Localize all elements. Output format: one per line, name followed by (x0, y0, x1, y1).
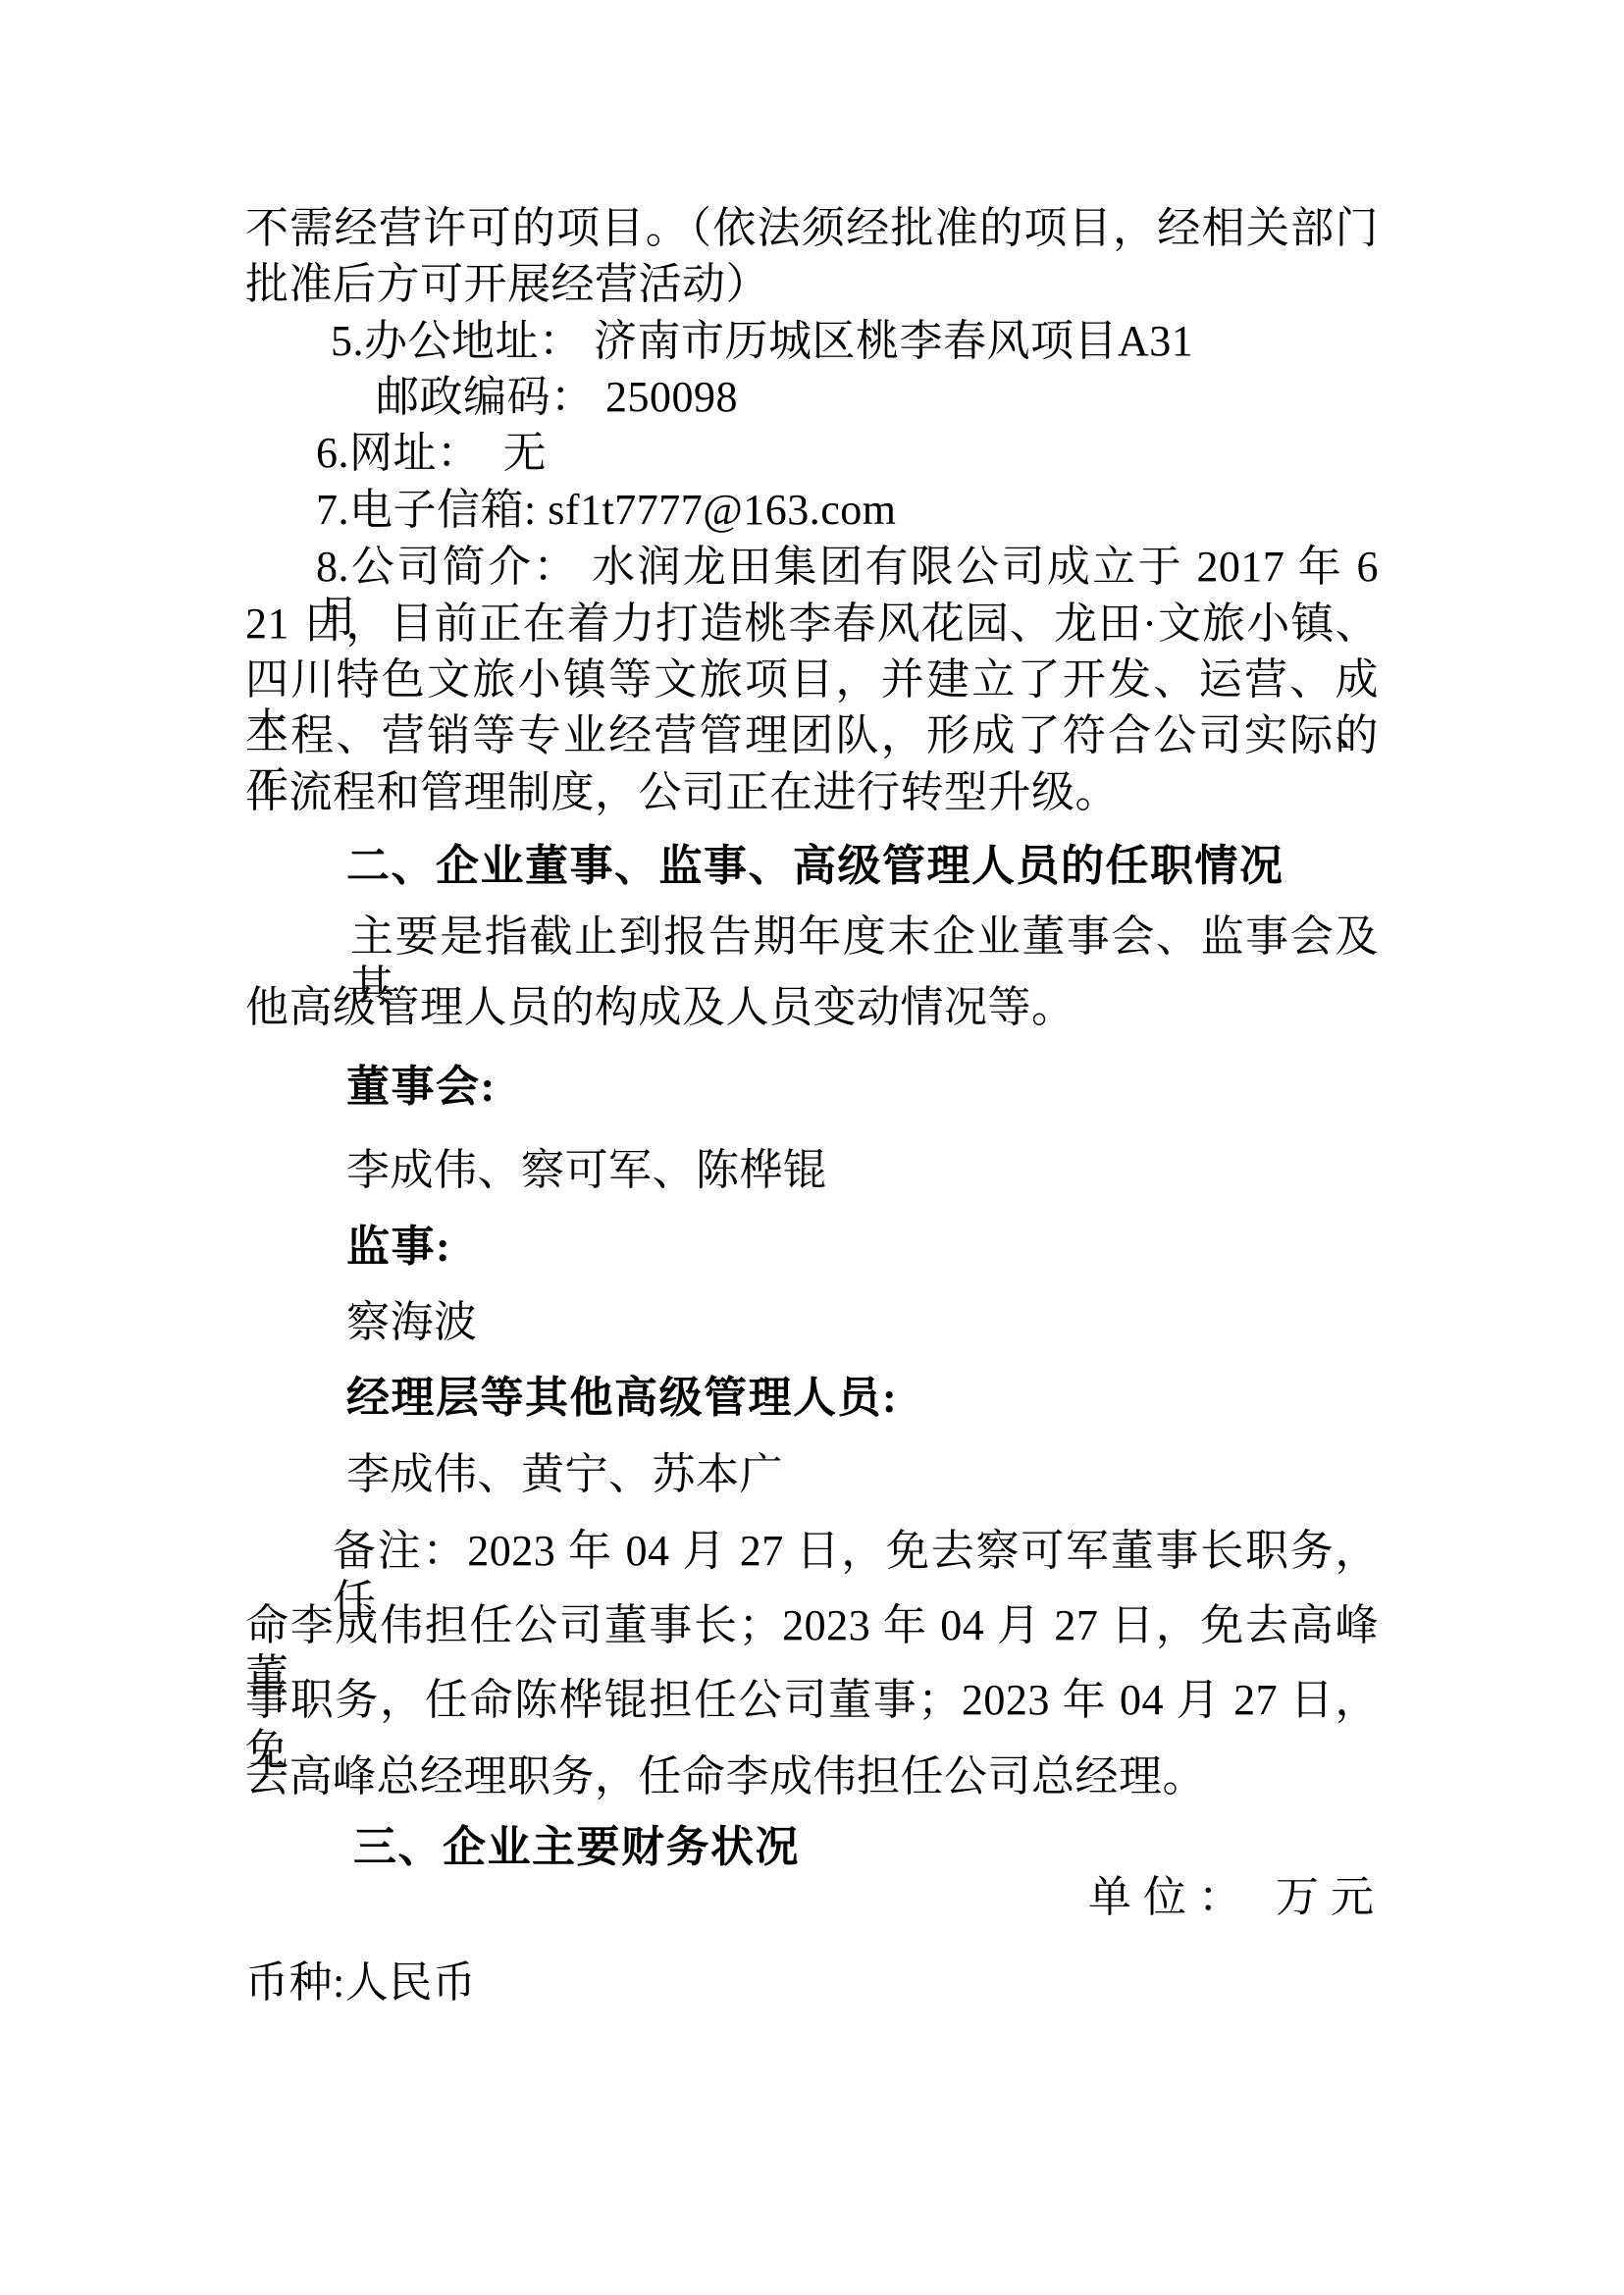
document-page: 不需经营许可的项目。（依法须经批准的项目，经相关部门 批准后方可开展经营活动） … (0, 0, 1624, 2295)
section-2-heading: 二、企业董事、监事、高级管理人员的任职情况 (346, 842, 1284, 892)
company-profile-line-2: 21 日，目前正在着力打造桃李春风花园、龙田·文旅小镇、 (245, 600, 1379, 650)
email-line: 7.电子信箱: sf1t7777@163.com (316, 486, 897, 536)
currency-label: 币种:人民币 (245, 1958, 476, 2008)
website-line: 6.网址： 无 (316, 429, 547, 479)
supervisor-label: 监事: (346, 1223, 451, 1273)
postal-code-line: 邮政编码： 250098 (376, 373, 738, 423)
managers-label: 经理层等其他高级管理人员: (346, 1374, 898, 1424)
company-profile-line-5: 作流程和管理制度，公司正在进行转型升级。 (245, 768, 1119, 818)
intro-line-2: 批准后方可开展经营活动） (245, 260, 769, 310)
board-members: 李成伟、察可军、陈桦锟 (346, 1146, 827, 1196)
note-line-4: 去高峰总经理职务，任命李成伟担任公司总经理。 (245, 1752, 1206, 1802)
section-3-heading: 三、企业主要财务状况 (353, 1823, 800, 1873)
supervisor-members: 察海波 (346, 1298, 478, 1348)
board-label: 董事会: (346, 1063, 497, 1113)
managers-members: 李成伟、黄宁、苏本广 (346, 1450, 783, 1500)
office-address-line: 5.办公地址： 济南市历城区桃李春风项目A31 (331, 317, 1193, 367)
section-2-desc-line-2: 他高级管理人员的构成及人员变动情况等。 (245, 983, 1075, 1033)
unit-label: 单位： 万元 (1088, 1873, 1386, 1923)
intro-line-1: 不需经营许可的项目。（依法须经批准的项目，经相关部门 (245, 204, 1379, 254)
